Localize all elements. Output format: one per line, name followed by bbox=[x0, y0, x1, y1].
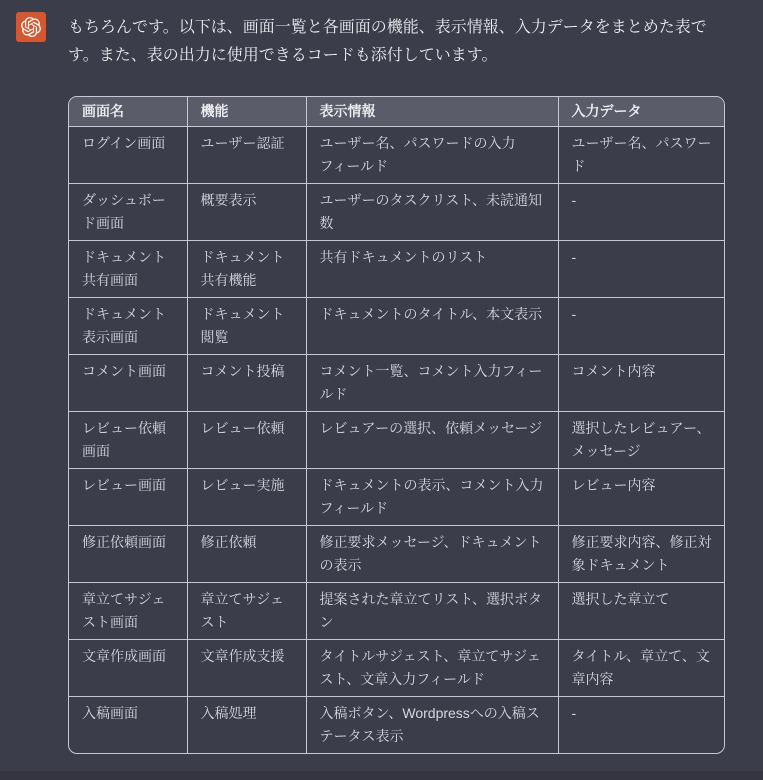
table-header: 画面名機能表示情報入力データ bbox=[69, 97, 725, 127]
openai-logo-icon bbox=[21, 17, 41, 37]
table-cell: - bbox=[558, 298, 725, 355]
table-cell: レビュアーの選択、依頼メッセージ bbox=[306, 412, 558, 469]
table-cell: 概要表示 bbox=[187, 184, 306, 241]
table-cell: ユーザー認証 bbox=[187, 127, 306, 184]
table-header-row: 画面名機能表示情報入力データ bbox=[69, 97, 725, 127]
table-row: ダッシュボー ド画面概要表示ユーザーのタスクリスト、未読通知 数- bbox=[69, 184, 725, 241]
table-header-cell: 表示情報 bbox=[306, 97, 558, 127]
table-row: 修正依頼画面修正依頼修正要求メッセージ、ドキュメント の表示修正要求内容、修正対… bbox=[69, 526, 725, 583]
table-cell: コメント内容 bbox=[558, 355, 725, 412]
table-cell: 章立てサジェ スト bbox=[187, 583, 306, 640]
table-cell: 入稿画面 bbox=[69, 697, 187, 754]
table-cell: 入稿処理 bbox=[187, 697, 306, 754]
table-cell: ログイン画面 bbox=[69, 127, 187, 184]
table-cell: ユーザーのタスクリスト、未読通知 数 bbox=[306, 184, 558, 241]
table-cell: コメント画面 bbox=[69, 355, 187, 412]
table-cell: 章立てサジェ スト画面 bbox=[69, 583, 187, 640]
table-cell: 入稿ボタン、Wordpressへの入稿ス テータス表示 bbox=[306, 697, 558, 754]
table-cell: タイトルサジェスト、章立てサジェ スト、文章入力フィールド bbox=[306, 640, 558, 697]
table-cell: レビュー依頼 画面 bbox=[69, 412, 187, 469]
table-cell: 文章作成支援 bbox=[187, 640, 306, 697]
screen-list-table: 画面名機能表示情報入力データ ログイン画面ユーザー認証ユーザー名、パスワードの入… bbox=[69, 97, 725, 753]
screen-list-table-wrapper: 画面名機能表示情報入力データ ログイン画面ユーザー認証ユーザー名、パスワードの入… bbox=[68, 96, 725, 754]
table-cell: 修正要求メッセージ、ドキュメント の表示 bbox=[306, 526, 558, 583]
table-cell: レビュー画面 bbox=[69, 469, 187, 526]
table-cell: ドキュメント 閲覧 bbox=[187, 298, 306, 355]
assistant-message: もちろんです。以下は、画面一覧と各画面の機能、表示情報、入力データをまとめた表で… bbox=[0, 0, 763, 754]
table-cell: ユーザー名、パスワー ド bbox=[558, 127, 725, 184]
table-cell: タイトル、章立て、文 章内容 bbox=[558, 640, 725, 697]
table-cell: ドキュメント 表示画面 bbox=[69, 298, 187, 355]
table-cell: 選択したレビュアー、 メッセージ bbox=[558, 412, 725, 469]
table-cell: コメント投稿 bbox=[187, 355, 306, 412]
table-body: ログイン画面ユーザー認証ユーザー名、パスワードの入力 フィールドユーザー名、パス… bbox=[69, 127, 725, 754]
table-row: コメント画面コメント投稿コメント一覧、コメント入力フィー ルドコメント内容 bbox=[69, 355, 725, 412]
table-cell: レビュー内容 bbox=[558, 469, 725, 526]
assistant-intro-text: もちろんです。以下は、画面一覧と各画面の機能、表示情報、入力データをまとめた表で… bbox=[68, 14, 720, 70]
table-row: ログイン画面ユーザー認証ユーザー名、パスワードの入力 フィールドユーザー名、パス… bbox=[69, 127, 725, 184]
table-row: ドキュメント 共有画面ドキュメント 共有機能共有ドキュメントのリスト- bbox=[69, 241, 725, 298]
table-cell: 修正依頼 bbox=[187, 526, 306, 583]
table-cell: ドキュメント 共有画面 bbox=[69, 241, 187, 298]
table-row: レビュー依頼 画面レビュー依頼レビュアーの選択、依頼メッセージ選択したレビュアー… bbox=[69, 412, 725, 469]
table-header-cell: 入力データ bbox=[558, 97, 725, 127]
table-cell: - bbox=[558, 184, 725, 241]
table-header-cell: 画面名 bbox=[69, 97, 187, 127]
table-cell: レビュー依頼 bbox=[187, 412, 306, 469]
table-row: 文章作成画面文章作成支援タイトルサジェスト、章立てサジェ スト、文章入力フィール… bbox=[69, 640, 725, 697]
table-row: レビュー画面レビュー実施ドキュメントの表示、コメント入力 フィールドレビュー内容 bbox=[69, 469, 725, 526]
table-cell: ドキュメントの表示、コメント入力 フィールド bbox=[306, 469, 558, 526]
table-cell: ドキュメントのタイトル、本文表示 bbox=[306, 298, 558, 355]
table-cell: 修正依頼画面 bbox=[69, 526, 187, 583]
table-row: 章立てサジェ スト画面章立てサジェ スト提案された章立てリスト、選択ボタ ン選択… bbox=[69, 583, 725, 640]
table-cell: - bbox=[558, 697, 725, 754]
table-cell: コメント一覧、コメント入力フィー ルド bbox=[306, 355, 558, 412]
next-message-row-edge bbox=[0, 771, 763, 780]
table-cell: ドキュメント 共有機能 bbox=[187, 241, 306, 298]
table-cell: 共有ドキュメントのリスト bbox=[306, 241, 558, 298]
table-cell: - bbox=[558, 241, 725, 298]
table-cell: 提案された章立てリスト、選択ボタ ン bbox=[306, 583, 558, 640]
table-cell: 文章作成画面 bbox=[69, 640, 187, 697]
assistant-avatar bbox=[16, 12, 46, 42]
table-cell: レビュー実施 bbox=[187, 469, 306, 526]
table-row: ドキュメント 表示画面ドキュメント 閲覧ドキュメントのタイトル、本文表示- bbox=[69, 298, 725, 355]
table-header-cell: 機能 bbox=[187, 97, 306, 127]
table-cell: ダッシュボー ド画面 bbox=[69, 184, 187, 241]
table-cell: ユーザー名、パスワードの入力 フィールド bbox=[306, 127, 558, 184]
table-cell: 選択した章立て bbox=[558, 583, 725, 640]
table-cell: 修正要求内容、修正対 象ドキュメント bbox=[558, 526, 725, 583]
table-row: 入稿画面入稿処理入稿ボタン、Wordpressへの入稿ス テータス表示- bbox=[69, 697, 725, 754]
